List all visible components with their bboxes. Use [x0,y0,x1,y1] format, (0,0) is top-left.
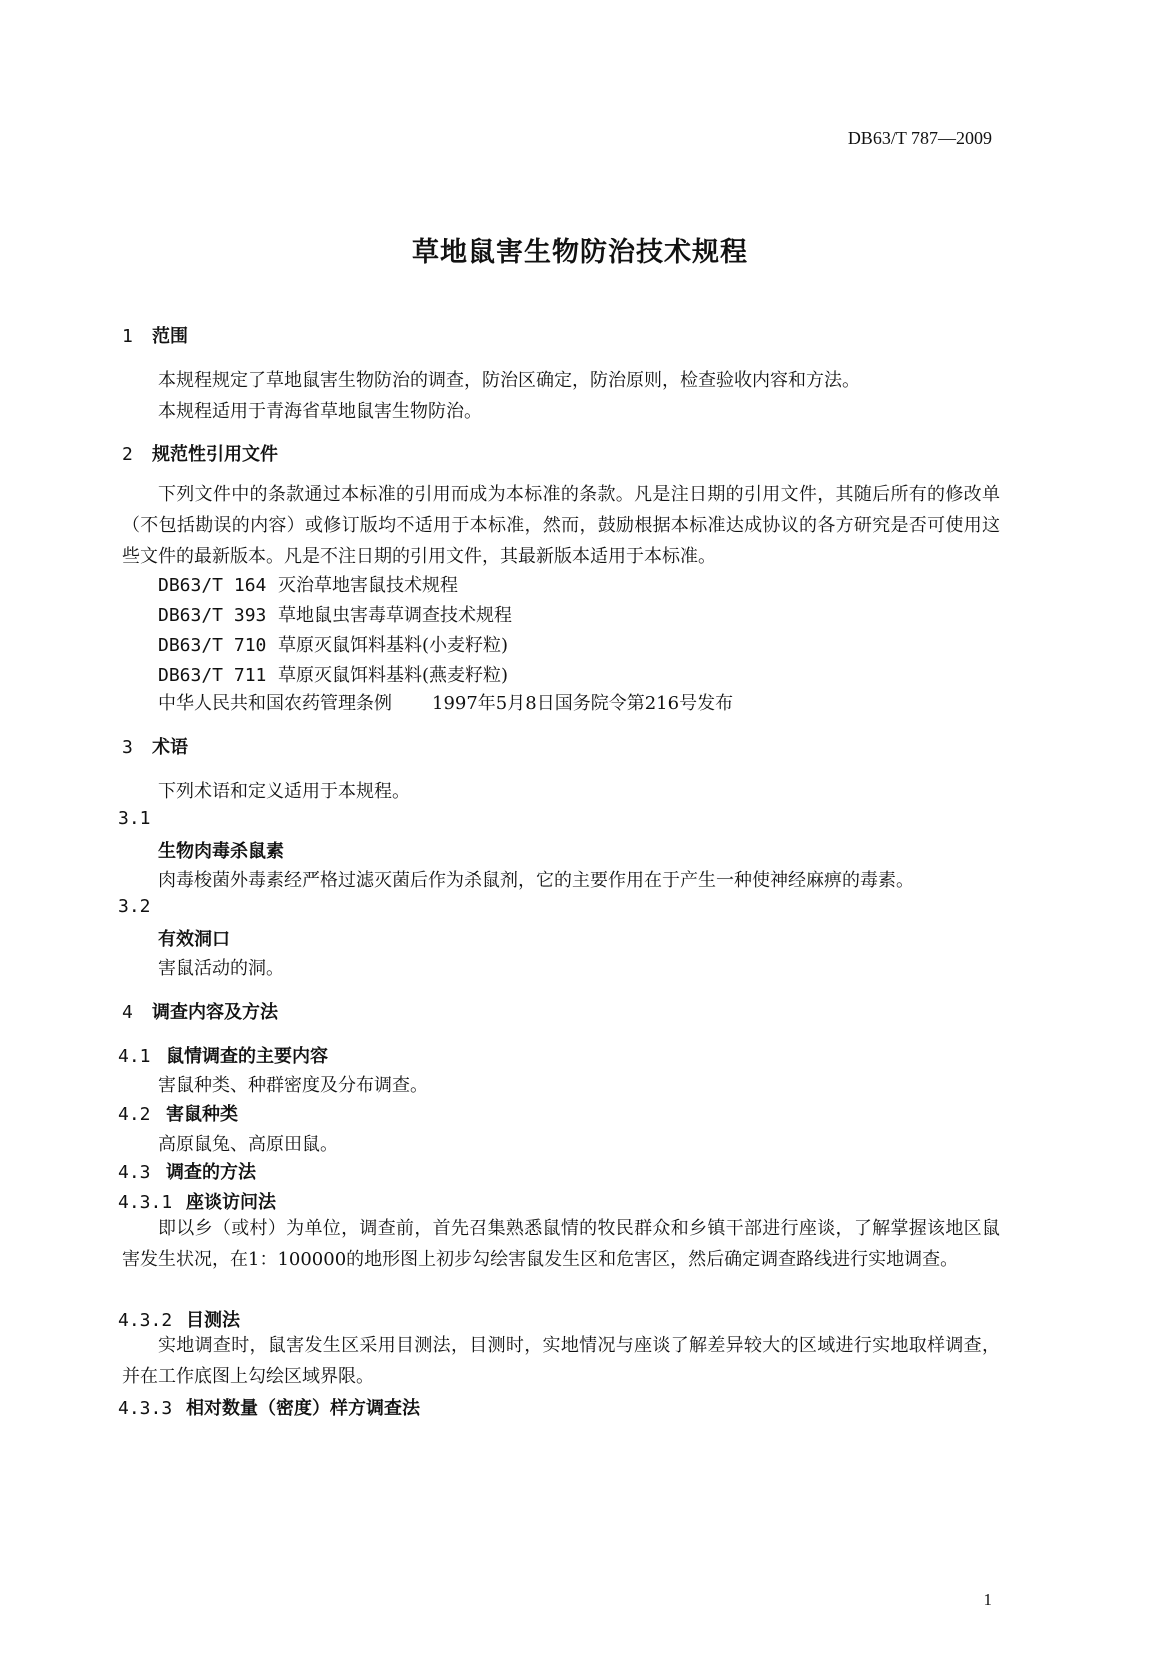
subsection-4-3-heading: 4.3调查的方法 [118,1158,256,1184]
subsection-4-2-heading: 4.2害鼠种类 [118,1100,238,1126]
section-1-heading: 1范围 [122,322,188,348]
reference-code: DB63/T 710 [158,635,278,656]
section-title: 术语 [152,737,188,758]
reference-item: DB63/T 393草地鼠虫害毒草调查技术规程 [158,601,512,627]
section-number: 4.3.2 [118,1310,186,1331]
reference-item: DB63/T 711草原灭鼠饵料基料(燕麦籽粒) [158,661,508,687]
reference-code: DB63/T 164 [158,575,278,596]
reference-name: 草地鼠虫害毒草调查技术规程 [278,605,512,626]
section-title: 调查内容及方法 [152,1002,278,1023]
section-number: 1 [122,326,152,347]
page-number: 1 [984,1590,993,1610]
paragraph: 即以乡（或村）为单位，调查前，首先召集熟悉鼠情的牧民群众和乡镇干部进行座谈，了解… [122,1213,1000,1275]
section-title: 相对数量（密度）样方调查法 [186,1398,420,1419]
term-definition: 害鼠活动的洞。 [158,954,284,980]
term-name: 有效洞口 [158,925,230,951]
section-3-heading: 3术语 [122,733,188,759]
standard-code: DB63/T 787—2009 [848,128,992,149]
subsection-4-3-3-heading: 4.3.3相对数量（密度）样方调查法 [118,1394,420,1420]
term-number: 3.1 [118,808,151,829]
subsection-4-1-heading: 4.1鼠情调查的主要内容 [118,1042,328,1068]
reference-item: DB63/T 710草原灭鼠饵料基料(小麦籽粒) [158,631,508,657]
paragraph: 高原鼠兔、高原田鼠。 [158,1130,338,1156]
section-title: 范围 [152,326,188,347]
section-title: 害鼠种类 [166,1104,238,1125]
section-number: 3 [122,737,152,758]
term-number: 3.2 [118,896,151,917]
reference-name: 草原灭鼠饵料基料(小麦籽粒) [278,635,508,656]
subsection-4-3-2-heading: 4.3.2目测法 [118,1306,240,1332]
section-number: 4.3.1 [118,1192,186,1213]
section-number: 4 [122,1002,152,1023]
document-title: 草地鼠害生物防治技术规程 [0,230,1160,269]
term-definition: 肉毒梭菌外毒素经严格过滤灭菌后作为杀鼠剂，它的主要作用在于产生一种使神经麻痹的毒… [158,866,914,892]
section-title: 规范性引用文件 [152,444,278,465]
section-number: 4.1 [118,1046,166,1067]
section-title: 座谈访问法 [186,1192,276,1213]
subsection-4-3-1-heading: 4.3.1座谈访问法 [118,1188,276,1214]
reference-item: DB63/T 164灭治草地害鼠技术规程 [158,571,458,597]
paragraph: 实地调查时，鼠害发生区采用目测法，目测时，实地情况与座谈了解差异较大的区域进行实… [122,1330,1000,1392]
paragraph: 本规程适用于青海省草地鼠害生物防治。 [158,397,482,423]
section-4-heading: 4调查内容及方法 [122,998,278,1024]
paragraph: 本规程规定了草地鼠害生物防治的调查，防治区确定，防治原则，检查验收内容和方法。 [158,366,860,392]
section-number: 4.3 [118,1162,166,1183]
section-title: 调查的方法 [166,1162,256,1183]
paragraph: 害鼠种类、种群密度及分布调查。 [158,1071,428,1097]
reference-code: 中华人民共和国农药管理条例 [158,689,432,715]
section-number: 4.2 [118,1104,166,1125]
reference-name: 灭治草地害鼠技术规程 [278,575,458,596]
reference-code: DB63/T 711 [158,665,278,686]
term-name: 生物肉毒杀鼠素 [158,837,284,863]
section-title: 鼠情调查的主要内容 [166,1046,328,1067]
reference-item: 中华人民共和国农药管理条例1997年5月8日国务院令第216号发布 [158,689,733,715]
section-number: 4.3.3 [118,1398,186,1419]
section-2-heading: 2规范性引用文件 [122,440,278,466]
paragraph: 下列文件中的条款通过本标准的引用而成为本标准的条款。凡是注日期的引用文件，其随后… [122,479,1000,572]
paragraph: 下列术语和定义适用于本规程。 [158,777,410,803]
reference-code: DB63/T 393 [158,605,278,626]
reference-name: 草原灭鼠饵料基料(燕麦籽粒) [278,665,508,686]
reference-name: 1997年5月8日国务院令第216号发布 [432,693,733,714]
section-number: 2 [122,444,152,465]
section-title: 目测法 [186,1310,240,1331]
